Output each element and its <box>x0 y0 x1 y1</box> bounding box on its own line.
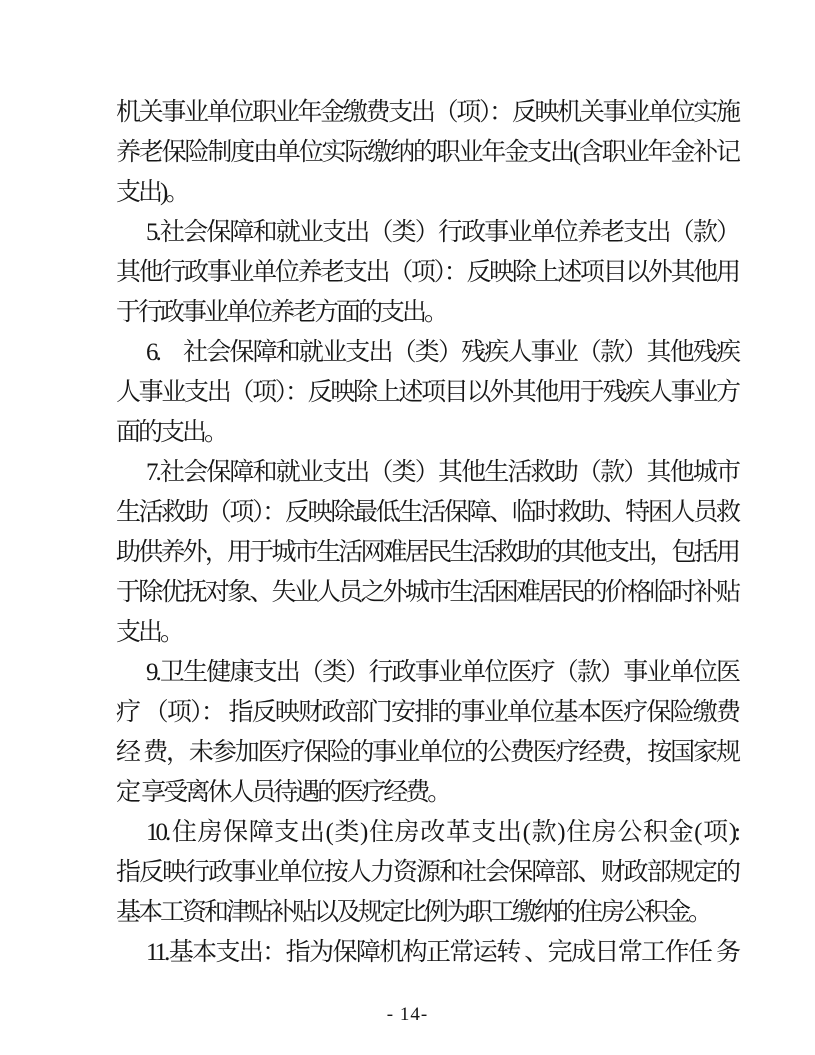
text-line: 基本工资和津贴补贴以及规定比例为职工缴纳的住房公积金。 <box>116 893 738 933</box>
text-line: 疗 （项）： 指反映财政部门安排的事业单位基本医疗保险缴费 <box>116 693 738 733</box>
text-line: 6. 社会保障和就业支出（类）残疾人事业（款）其他残疾 <box>116 333 738 373</box>
document-page: 机关事业单位职业年金缴费支出（项）：反映机关事业单位实施养老保险制度由单位实际缴… <box>0 0 815 1055</box>
text-line: 定 享受离休人员待遇的医疗经费。 <box>116 773 738 813</box>
text-line: 指反映行政事业单位按人力资源和社会保障部、财政部规定的 <box>116 853 738 893</box>
text-line: 经 费，未参加医疗保险的事业单位的公费医疗经费，按国家规 <box>116 733 738 773</box>
text-line: 5.社会保障和就业支出（类）行政事业单位养老支出（款） <box>116 213 738 253</box>
page-number: - 14- <box>0 1003 815 1027</box>
text-line: 养老保险制度由单位实际缴纳的职业年金支出(含职业年金补记 <box>116 133 738 173</box>
text-line: 人事业支出（项）：反映除上述项目以外其他用于残疾人事业方 <box>116 373 738 413</box>
text-line: 机关事业单位职业年金缴费支出（项）：反映机关事业单位实施 <box>116 93 738 133</box>
text-line: 支出)。 <box>116 173 738 213</box>
text-line: 10.住房保障支出(类)住房改革支出(款)住房公积金(项): <box>116 813 738 853</box>
text-line: 7.社会保障和就业支出（类）其他生活救助（款）其他城市 <box>116 453 738 493</box>
text-line: 支出。 <box>116 613 738 653</box>
text-line: 11.基本支出：指为保障机构正常运转 、完成日常工作任 务 <box>116 933 738 973</box>
text-line: 面的支出。 <box>116 413 738 453</box>
text-line: 9.卫生健康支出（类）行政事业单位医疗（款）事业单位医 <box>116 653 738 693</box>
text-line: 其他行政事业单位养老支出（项）：反映除上述项目以外其他用 <box>116 253 738 293</box>
text-line: 于行政事业单位养老方面的支出。 <box>116 293 738 333</box>
text-line: 于除优抚对象、失业人员之外城市生活困难居民的价格临时补贴 <box>116 573 738 613</box>
text-line: 助供养外，用于城市生活网难居民生活救助的其他支出，包括用 <box>116 533 738 573</box>
document-body: 机关事业单位职业年金缴费支出（项）：反映机关事业单位实施养老保险制度由单位实际缴… <box>116 93 738 973</box>
text-line: 生活救助（项）：反映除最低生活保障、临时救助、特困人员救 <box>116 493 738 533</box>
